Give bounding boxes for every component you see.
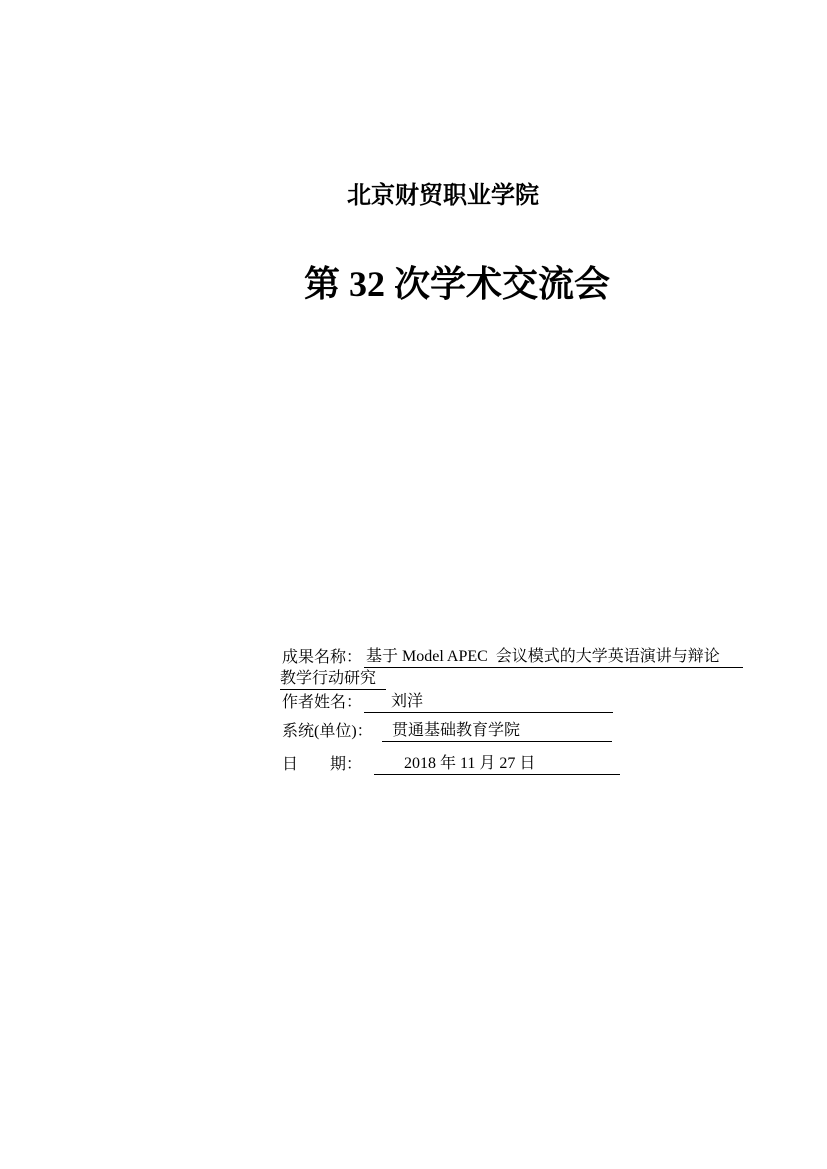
document-title: 第 32 次学术交流会 [304, 264, 610, 305]
achievement-value-line1: 基于 Model APEC 会议模式的大学英语演讲与辩论 [364, 647, 743, 668]
document-page: 北京财贸职业学院 第 32 次学术交流会 成果名称：基于 Model APEC … [0, 0, 827, 1169]
organization-title: 北京财贸职业学院 [347, 183, 539, 209]
date-value: 2018 年 11 月 27 日 [374, 754, 620, 775]
date-label: 日 期： [282, 754, 368, 775]
form-row-date: 日 期：2018 年 11 月 27 日 [266, 733, 620, 796]
